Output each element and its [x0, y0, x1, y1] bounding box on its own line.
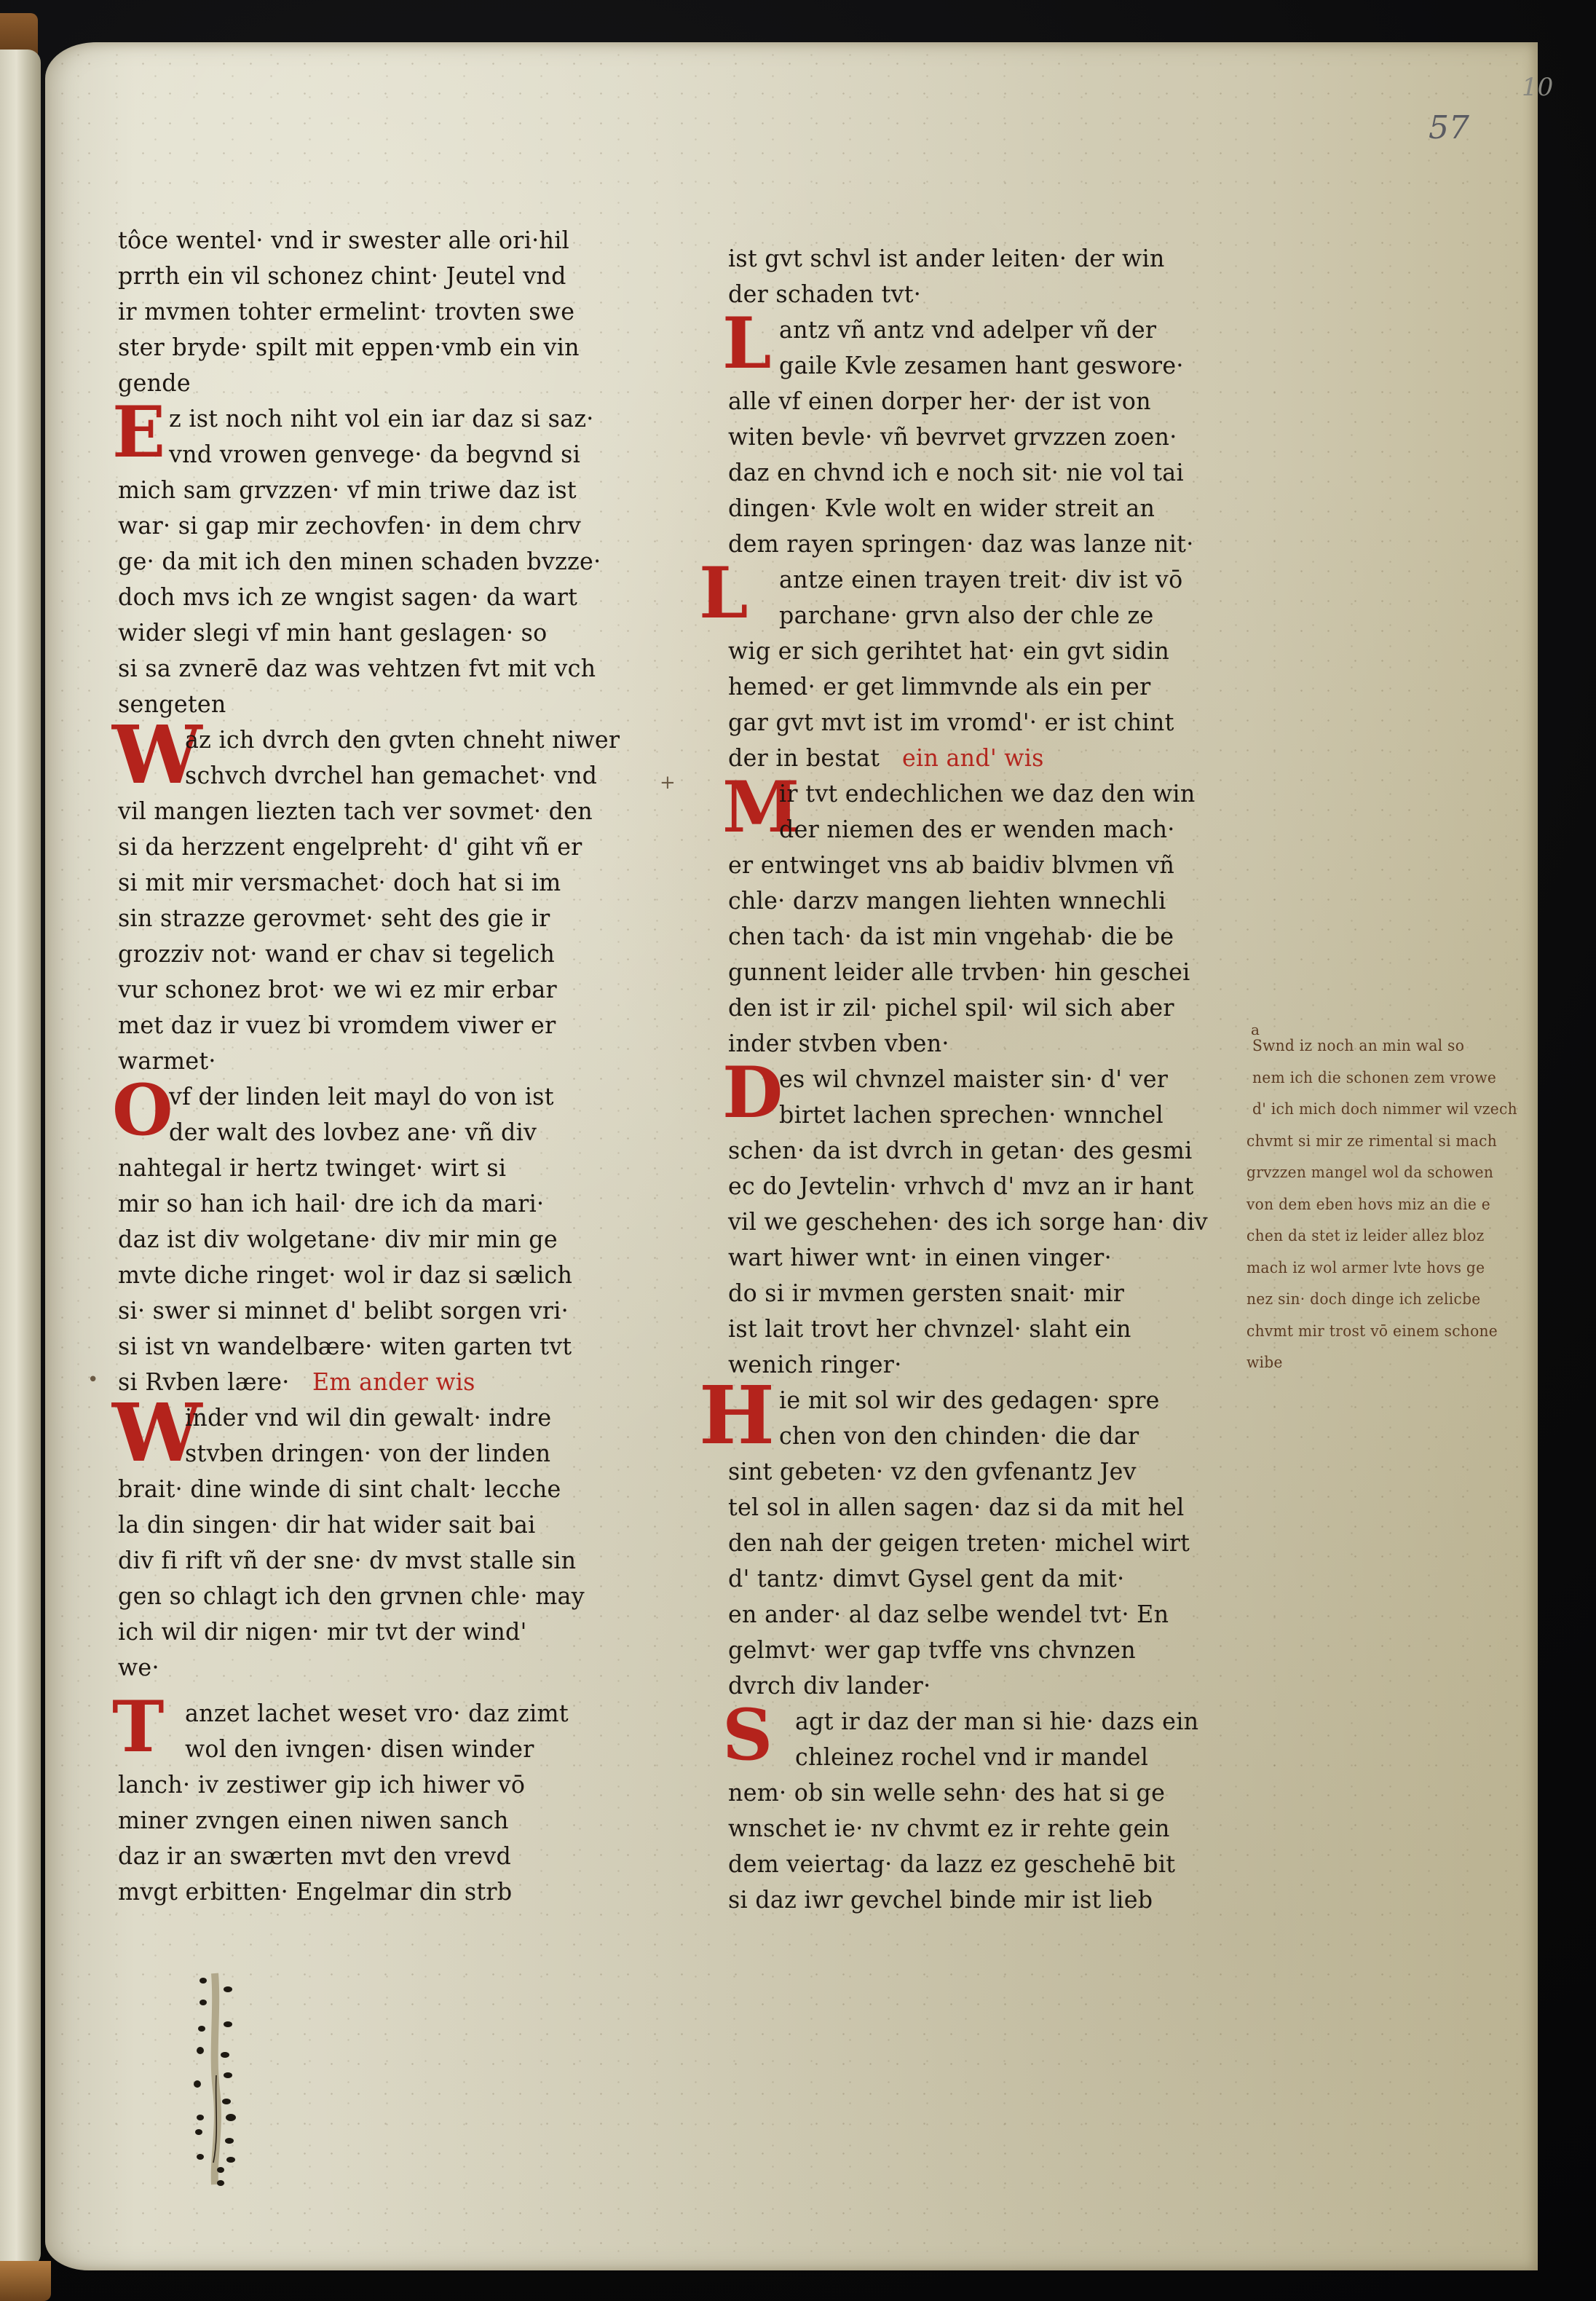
text-line: alle vf einen dorper her· der ist von — [728, 383, 1281, 419]
text-line: vf der linden leit mayl do von ist — [118, 1078, 671, 1114]
stanza: T anzet lachet weset vro· daz zimt wol d… — [118, 1695, 671, 1909]
stanza: E z ist noch niht vol ein iar daz si saz… — [118, 400, 671, 722]
text-line: inder stvben vben· — [728, 1025, 1281, 1061]
text-line: si mit mir versmachet· doch hat si im — [118, 864, 671, 900]
text-line: schen· da ist dvrch in getan· des gesmi — [728, 1132, 1281, 1168]
margin-line: d' ich mich doch nimmer wil vzech — [1247, 1094, 1581, 1126]
text-line: den ist ir zil· pichel spil· wil sich ab… — [728, 990, 1281, 1025]
text-line: schvch dvrchel han gemachet· vnd — [118, 757, 671, 793]
text-line: si· swer si minnet d' belibt sorgen vri· — [118, 1292, 671, 1328]
folio-number: 57 — [1429, 109, 1469, 146]
margin-line: chvmt si mir ze rimental si mach — [1247, 1126, 1581, 1158]
text-line: ist lait trovt her chvnzel· slaht ein — [728, 1311, 1281, 1346]
stanza: W az ich dvrch den gvten chneht niwer sc… — [118, 722, 671, 1078]
text-line: mich sam grvzzen· vf min triwe daz ist — [118, 472, 671, 508]
text-line: sin strazze gerovmet· seht des gie ir — [118, 900, 671, 936]
margin-line: grvzzen mangel wol da schowen — [1247, 1157, 1581, 1189]
text-line: dem rayen springen· daz was lanze nit· — [728, 526, 1281, 561]
text-line: we· — [118, 1649, 671, 1685]
text-line: ir tvt endechlichen we daz den win — [728, 775, 1281, 811]
text-line: nahtegal ir hertz twinget· wirt si — [118, 1150, 671, 1185]
previous-leaf-edge — [0, 50, 41, 2267]
text-line: vil mangen liezten tach ver sovmet· den — [118, 793, 671, 829]
text-line: mvte diche ringet· wol ir daz si sælich — [118, 1257, 671, 1292]
text-line: gaile Kvle zesamen hant geswore· — [728, 347, 1281, 383]
stanza: M ir tvt endechlichen we daz den win der… — [728, 775, 1281, 1061]
text-line: d' tantz· dimvt Gysel gent da mit· — [728, 1560, 1281, 1596]
text-line: gen so chlagt ich den grvnen chle· may — [118, 1578, 671, 1614]
text-line: sint gebeten· vz den gvfenantz Jev — [728, 1453, 1281, 1489]
text-line: es wil chvnzel maister sin· d' ver — [728, 1061, 1281, 1097]
text-line: daz ir an swærten mvt den vrevd — [118, 1838, 671, 1874]
text-line: ir mvmen tohter ermelint· trovten swe — [118, 293, 671, 329]
text-line: wart hiwer wnt· in einen vinger· — [728, 1239, 1281, 1275]
text-line: der in bestat ein and' wis — [728, 740, 1281, 775]
text-line: witen bevle· vñ bevrvet grvzzen zoen· — [728, 419, 1281, 454]
text-line: der schaden tvt· — [728, 276, 1281, 312]
text-line: daz en chvnd ich e noch sit· nie vol tai — [728, 454, 1281, 490]
text-line: vil we geschehen· des ich sorge han· div — [728, 1204, 1281, 1239]
margin-cross-mark: + — [660, 772, 676, 794]
text-line: vnd vrowen genvege· da begvnd si — [118, 436, 671, 472]
rubric-heading: Em ander wis — [312, 1364, 475, 1400]
margin-line: Swnd iz noch an min wal so — [1247, 1030, 1581, 1062]
text-line: ster bryde· spilt mit eppen·vmb ein vin — [118, 329, 671, 365]
text-line: agt ir daz der man si hie· dazs ein — [728, 1703, 1281, 1739]
text-line: gar gvt mvt ist im vromd'· er ist chint — [728, 704, 1281, 740]
text-line: miner zvngen einen niwen sanch — [118, 1802, 671, 1838]
text-line: vur schonez brot· we wi ez mir erbar — [118, 971, 671, 1007]
text-line: brait· dine winde di sint chalt· lecche — [118, 1471, 671, 1507]
text-line: wol den ivngen· disen winder — [118, 1731, 671, 1767]
text-line: grozziv not· wand er chav si tegelich — [118, 936, 671, 971]
stitched-repair-icon — [186, 1966, 244, 2199]
text-line: si ist vn wandelbære· witen garten tvt — [118, 1328, 671, 1364]
old-folio-number: 10 — [1522, 73, 1553, 102]
stanza: W inder vnd wil din gewalt· indre stvben… — [118, 1400, 671, 1685]
text-line: chle· darzv mangen liehten wnnechli — [728, 883, 1281, 918]
text-line: lanch· iv zestiwer gip ich hiwer vō — [118, 1767, 671, 1802]
text-line: ec do Jevtelin· vrhvch d' mvz an ir hant — [728, 1168, 1281, 1204]
stanza: L antze einen trayen treit· div ist vō p… — [728, 561, 1281, 775]
text-line: en ander· al daz selbe wendel tvt· En — [728, 1596, 1281, 1632]
margin-line: wibe — [1247, 1347, 1581, 1379]
text-line: antze einen trayen treit· div ist vō — [728, 561, 1281, 597]
text-line: div fi rift vñ der sne· dv mvst stalle s… — [118, 1542, 671, 1578]
rubric-heading: ein and' wis — [902, 740, 1044, 775]
text-line: mir so han ich hail· dre ich da mari· — [118, 1185, 671, 1221]
text-line: dem veiertag· da lazz ez geschehē bit — [728, 1846, 1281, 1882]
text-line: gende — [118, 365, 671, 400]
margin-cross-mark: • — [87, 1369, 98, 1391]
stanza: H ie mit sol wir des gedagen· spre chen … — [728, 1382, 1281, 1703]
text-line: den nah der geigen treten· michel wirt — [728, 1525, 1281, 1560]
text-line: doch mvs ich ze wngist sagen· da wart — [118, 579, 671, 615]
text-line: prrth ein vil schonez chint· Jeutel vnd — [118, 258, 671, 293]
text-line: ie mit sol wir des gedagen· spre — [728, 1382, 1281, 1418]
text-line: mvgt erbitten· Engelmar din strb — [118, 1874, 671, 1909]
text-line: daz ist div wolgetane· div mir min ge — [118, 1221, 671, 1257]
margin-line: mach iz wol armer lvte hovs ge — [1247, 1252, 1581, 1284]
text-line: do si ir mvmen gersten snait· mir — [728, 1275, 1281, 1311]
text-line: tel sol in allen sagen· daz si da mit he… — [728, 1489, 1281, 1525]
text-line: ich wil dir nigen· mir tvt der wind' — [118, 1614, 671, 1649]
text-line: chen von den chinden· die dar — [728, 1418, 1281, 1453]
text-line: chen tach· da ist min vngehab· die be — [728, 918, 1281, 954]
right-text-column: ist gvt schvl ist ander leiten· der win … — [728, 240, 1281, 1917]
text-line: wenich ringer· — [728, 1346, 1281, 1382]
stanza: O vf der linden leit mayl do von ist der… — [118, 1078, 671, 1400]
text-line: az ich dvrch den gvten chneht niwer — [118, 722, 671, 757]
text-line: anzet lachet weset vro· daz zimt — [118, 1695, 671, 1731]
text-line: ist gvt schvl ist ander leiten· der win — [728, 240, 1281, 276]
text-line: warmet· — [118, 1043, 671, 1078]
stanza: D es wil chvnzel maister sin· d' ver bir… — [728, 1061, 1281, 1382]
text-line: parchane· grvn also der chle ze — [728, 597, 1281, 633]
text-line: nem· ob sin welle sehn· des hat si ge — [728, 1775, 1281, 1810]
text-line: chleinez rochel vnd ir mandel — [728, 1739, 1281, 1775]
marginal-annotation: Swnd iz noch an min wal so nem ich die s… — [1247, 1030, 1581, 1379]
stanza: tôce wentel· vnd ir swester alle ori·hil… — [118, 222, 671, 400]
margin-line: nem ich die schonen zem vrowe — [1247, 1062, 1581, 1094]
text-line: der walt des lovbez ane· vñ div — [118, 1114, 671, 1150]
text-line: war· si gap mir zechovfen· in dem chrv — [118, 508, 671, 543]
text-line: wnschet ie· nv chvmt ez ir rehte gein — [728, 1810, 1281, 1846]
text-line: tôce wentel· vnd ir swester alle ori·hil — [118, 222, 671, 258]
text-line: met daz ir vuez bi vromdem viwer er — [118, 1007, 671, 1043]
text-line: er entwinget vns ab baidiv blvmen vñ — [728, 847, 1281, 883]
text-line: birtet lachen sprechen· wnnchel — [728, 1097, 1281, 1132]
text-line: wig er sich gerihtet hat· ein gvt sidin — [728, 633, 1281, 668]
text-line: gunnent leider alle trvben· hin geschei — [728, 954, 1281, 990]
text-line: antz vñ antz vnd adelper vñ der — [728, 312, 1281, 347]
text-line: gelmvt· wer gap tvffe vns chvnzen — [728, 1632, 1281, 1667]
text-line: ge· da mit ich den minen schaden bvzze· — [118, 543, 671, 579]
margin-line: von dem eben hovs miz an die e — [1247, 1189, 1581, 1221]
left-text-column: tôce wentel· vnd ir swester alle ori·hil… — [118, 222, 671, 1909]
text-line: si sa zvnerē daz was vehtzen fvt mit vch — [118, 650, 671, 686]
text-line: wider slegi vf min hant geslagen· so — [118, 615, 671, 650]
binding-edge-bottom — [0, 2261, 51, 2301]
text-line: hemed· er get limmvnde als ein per — [728, 668, 1281, 704]
text-line: inder vnd wil din gewalt· indre — [118, 1400, 671, 1435]
text-line: stvben dringen· von der linden — [118, 1435, 671, 1471]
text-line: si daz iwr gevchel binde mir ist lieb — [728, 1882, 1281, 1917]
margin-line: chvmt mir trost vō einem schone — [1247, 1316, 1581, 1348]
text-line: la din singen· dir hat wider sait bai — [118, 1507, 671, 1542]
margin-line: chen da stet iz leider allez bloz — [1247, 1220, 1581, 1252]
margin-line: nez sin· doch dinge ich zelicbe — [1247, 1284, 1581, 1316]
stanza: S agt ir daz der man si hie· dazs ein ch… — [728, 1703, 1281, 1917]
text-line: z ist noch niht vol ein iar daz si saz· — [118, 400, 671, 436]
stanza: L antz vñ antz vnd adelper vñ der gaile … — [728, 312, 1281, 561]
text-line: dingen· Kvle wolt en wider streit an — [728, 490, 1281, 526]
stanza: ist gvt schvl ist ander leiten· der win … — [728, 240, 1281, 312]
text-line: si da herzzent engelpreht· d' giht vñ er — [118, 829, 671, 864]
text-line: dvrch div lander· — [728, 1667, 1281, 1703]
text-line: der niemen des er wenden mach· — [728, 811, 1281, 847]
